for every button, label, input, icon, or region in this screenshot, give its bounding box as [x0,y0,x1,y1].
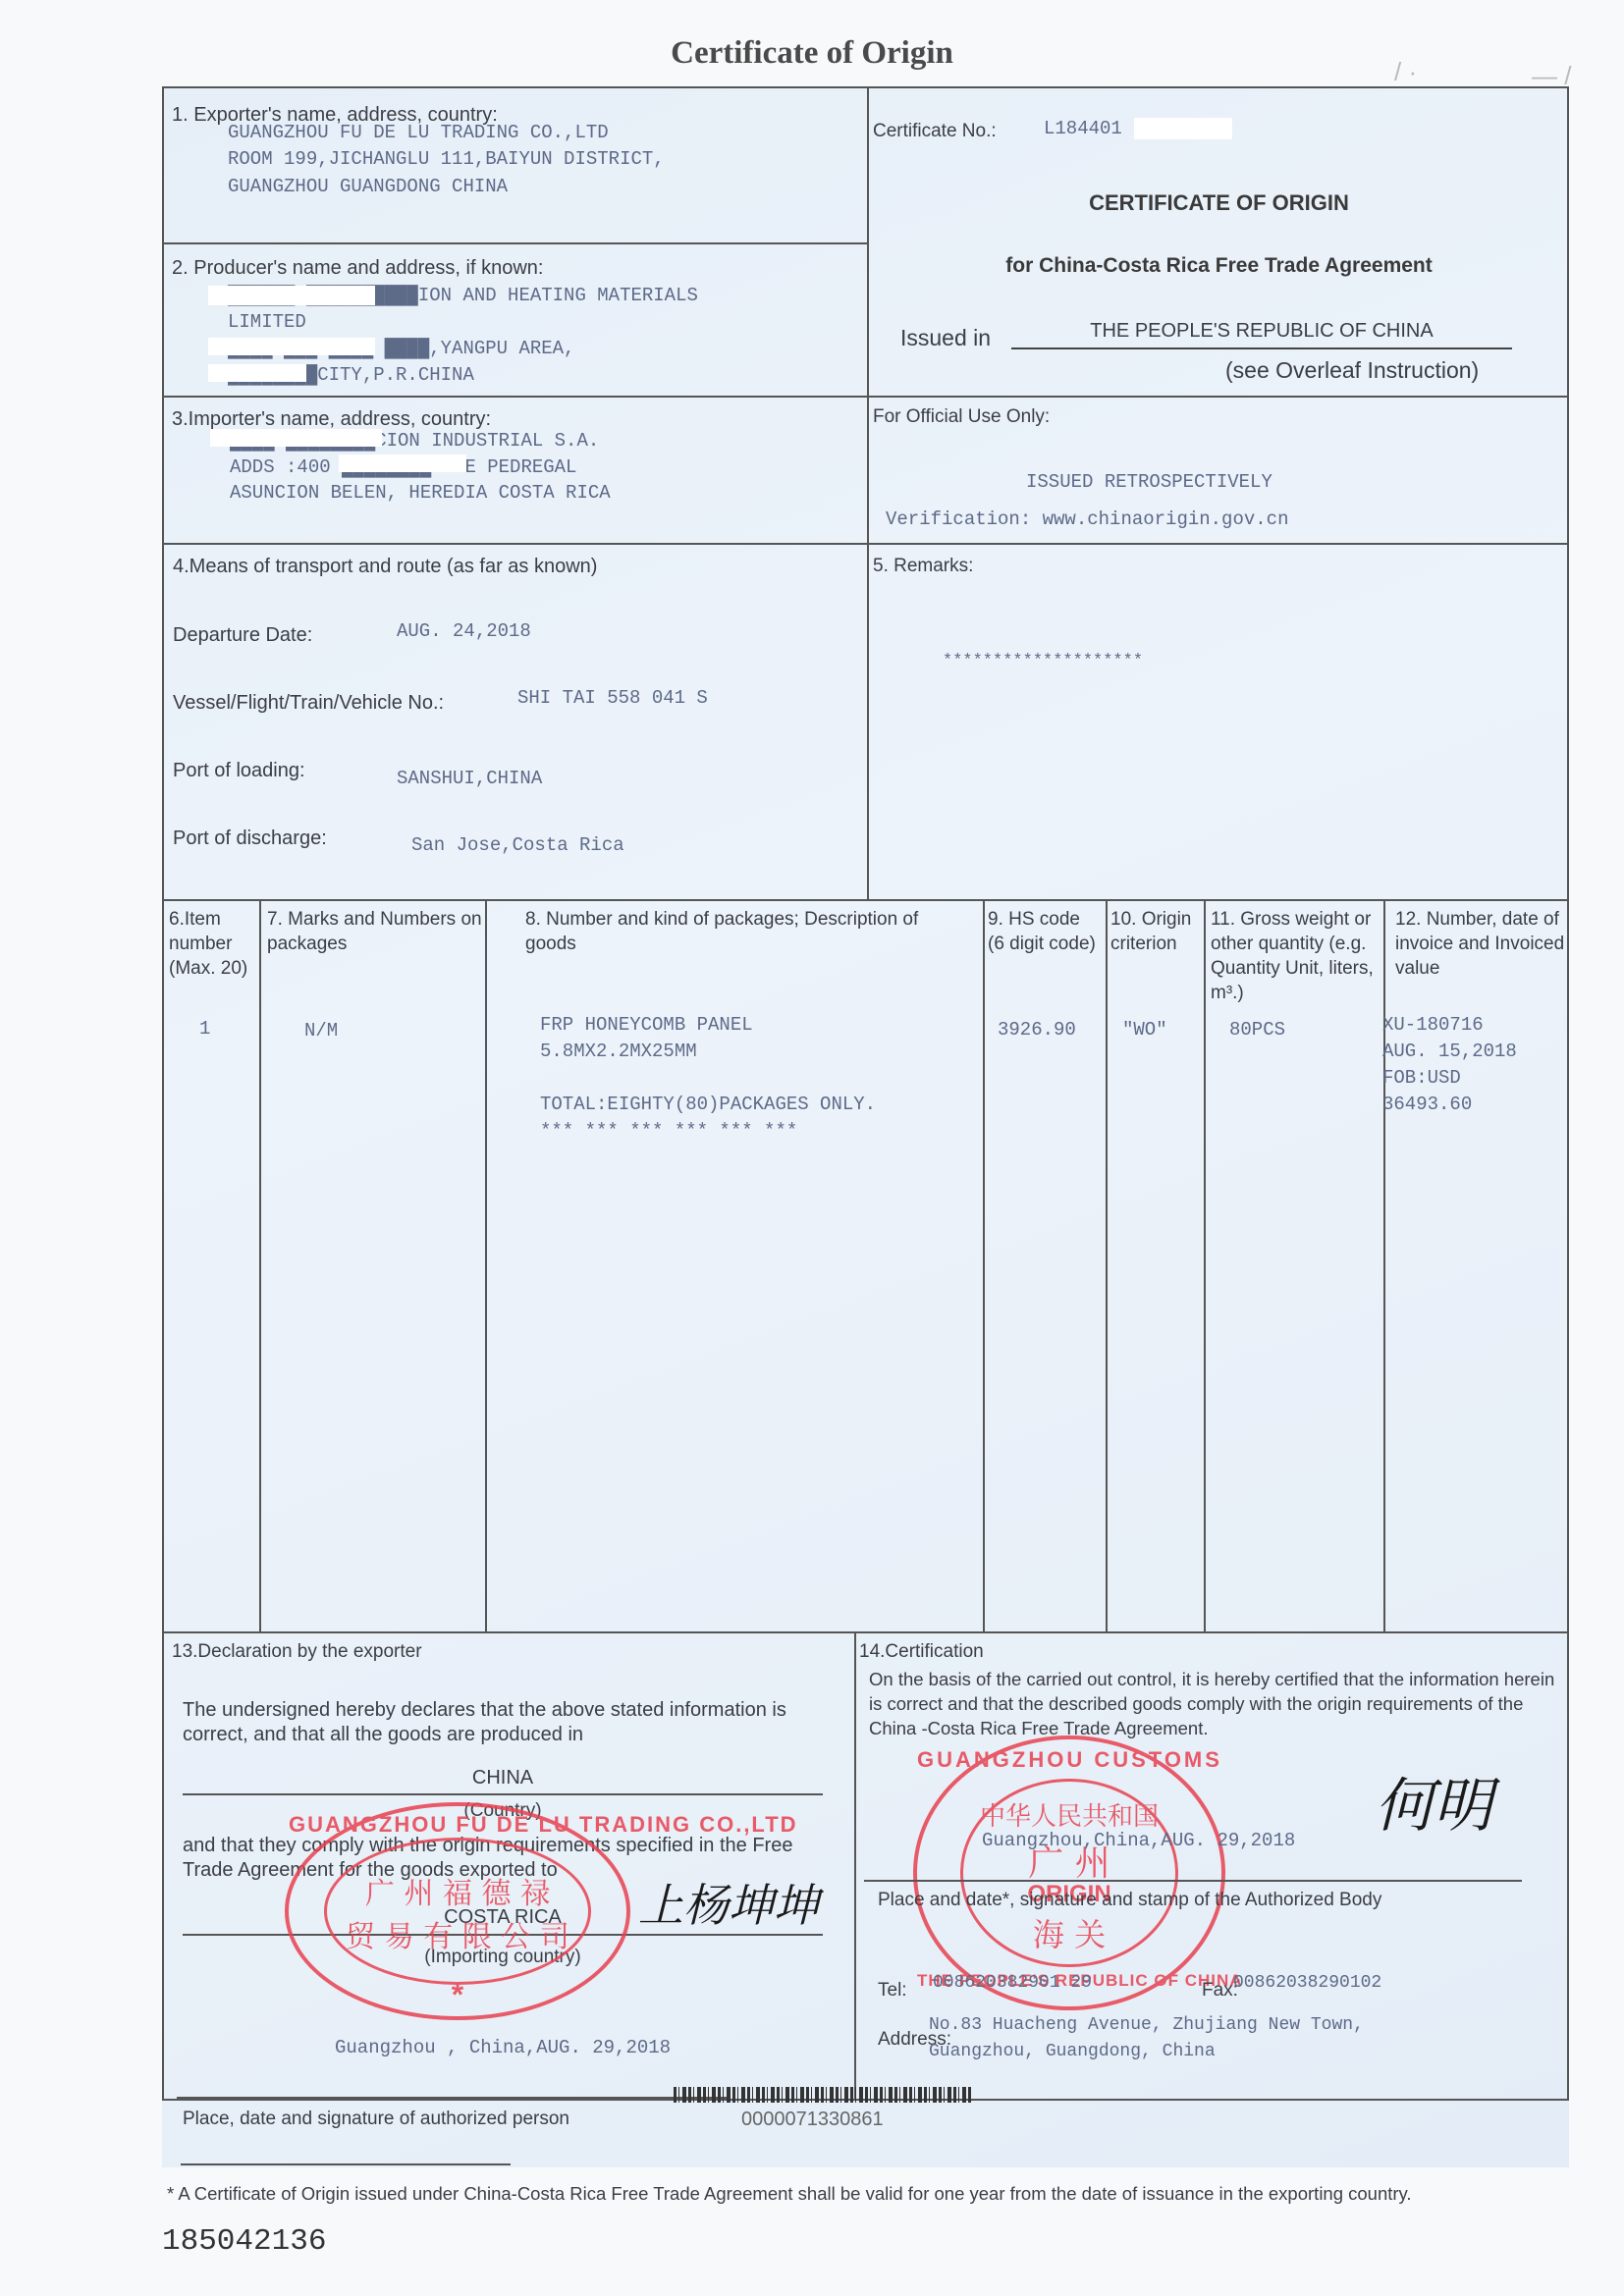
port-loading-label: Port of loading: [173,760,305,782]
official-use-label: For Official Use Only: [873,406,1050,428]
issued-in-underline [1011,347,1512,349]
stamp-ring-text: GUANGZHOU FU DE LU TRADING CO.,LTD [289,1812,626,1838]
row-marks: N/M [304,1018,338,1044]
document-title: Certificate of Origin [0,35,1624,72]
row-quantity: 80PCS [1229,1017,1285,1043]
exporter-place-date: Guangzhou , China,AUG. 29,2018 [335,2035,671,2061]
issued-in-label: Issued in [900,325,991,351]
redaction [210,429,382,447]
exporter-line-1: GUANGZHOU FU DE LU TRADING CO.,LTD [228,120,609,146]
country-underline [183,1793,823,1795]
producer-label: 2. Producer's name and address, if known… [172,257,543,280]
col-header-invoice: 12. Number, date of invoice and Invoiced… [1395,907,1567,981]
divider [983,899,985,1631]
issued-retrospectively: ISSUED RETROSPECTIVELY [1026,469,1272,496]
certification-place-date: Guangzhou,China,AUG. 29,2018 [982,1828,1295,1854]
declaration-text-1: The undersigned hereby declares that the… [183,1698,831,1747]
producing-country: CHINA [183,1767,823,1789]
serial-number: 185042136 [162,2224,326,2259]
certificate-number-label: Certificate No.: [873,121,997,142]
col-header-quantity: 11. Gross weight or other quantity (e.g.… [1211,907,1380,1005]
footnote-rule [181,2163,511,2165]
row-hs-code: 3926.90 [998,1017,1076,1043]
col-header-description: 8. Number and kind of packages; Descript… [525,907,967,956]
redaction [1134,118,1232,139]
divider [854,1631,856,2101]
issued-in-value: THE PEOPLE'S REPUBLIC OF CHINA [1011,320,1512,343]
divider [162,899,1569,901]
row-item-number: 1 [199,1016,210,1042]
col-header-marks: 7. Marks and Numbers on packages [267,907,483,956]
departure-date-label: Departure Date: [173,624,312,647]
divider [1106,899,1108,1631]
redaction [339,454,466,472]
certifier-signature: 何明 [1375,1759,1492,1843]
redaction [208,338,375,355]
row-origin-criterion: "WO" [1122,1017,1167,1043]
divider [162,543,1569,545]
footnote: * A Certificate of Origin issued under C… [167,2183,1412,2205]
col-header-hs-code: 9. HS code (6 digit code) [988,907,1101,956]
exporter-sign-caption: Place, date and signature of authorized … [183,2109,569,2130]
port-discharge-label: Port of discharge: [173,828,327,850]
divider [162,242,867,244]
remarks-value: ******************** [943,648,1143,674]
customs-stamp: GUANGZHOU CUSTOMS 中华人民共和国 广 州 ORIGIN 海 关… [913,1735,1225,2010]
fta-subheading: for China-Costa Rica Free Trade Agreemen… [868,254,1570,278]
certificate-number-value: L184401 [1044,116,1122,142]
pencil-mark: / · [1394,57,1417,87]
verification-url: Verification: www.chinaorigin.gov.cn [886,507,1288,533]
barcode [674,2087,973,2103]
certification-sign-caption: Place and date*, signature and stamp of … [878,1890,1381,1911]
exporter-sign-line [177,2097,727,2099]
stamp-star-icon: * [289,1977,626,2013]
transport-label: 4.Means of transport and route (as far a… [173,556,597,578]
overleaf-instruction: (see Overleaf Instruction) [1225,357,1479,384]
col-header-item: 6.Item number (Max. 20) [169,907,259,981]
exporter-line-2: ROOM 199,JICHANGLU 111,BAIYUN DISTRICT, [228,146,665,173]
exporter-company-stamp: GUANGZHOU FU DE LU TRADING CO.,LTD 广 州 福… [285,1802,630,2020]
stamp-chinese-bottom: 海 关 [917,1910,1221,1955]
certification-sign-line [864,1880,1522,1882]
divider [162,1631,1569,1633]
row-description: FRP HONEYCOMB PANEL 5.8MX2.2MX25MM TOTAL… [540,1012,876,1145]
producer-line-2: LIMITED [228,309,306,336]
barcode-number: 0000071330861 [741,2109,884,2131]
tel-value: 008620382901 29 [933,1970,1092,1997]
col-header-origin: 10. Origin criterion [1110,907,1204,956]
stamp-chinese-line-1: 广 州 福 德 禄 [289,1869,626,1912]
certification-label: 14.Certification [859,1641,984,1663]
remarks-label: 5. Remarks: [873,556,973,577]
divider [1204,899,1206,1631]
vessel-label: Vessel/Flight/Train/Vehicle No.: [173,692,444,715]
vessel-value: SHI TAI 558 041 S [517,685,708,712]
address-value: No.83 Huacheng Avenue, Zhujiang New Town… [929,2012,1364,2065]
exporter-line-3: GUANGZHOU GUANGDONG CHINA [228,174,508,200]
stamp-chinese-line-2: 贸 易 有 限 公 司 [289,1912,626,1955]
certification-text: On the basis of the carried out control,… [869,1667,1566,1740]
tel-label: Tel: [878,1980,907,2002]
certificate-heading: CERTIFICATE OF ORIGIN [868,190,1570,216]
stamp-top-text: GUANGZHOU CUSTOMS [917,1747,1221,1773]
port-discharge-value: San Jose,Costa Rica [411,832,624,859]
fax-value: 00862038290102 [1233,1970,1381,1997]
declaration-label: 13.Declaration by the exporter [172,1641,422,1663]
redaction [208,364,306,382]
exporter-signature: 上杨坤坤 [638,1870,819,1935]
port-loading-value: SANSHUI,CHINA [397,766,542,792]
importer-line-3: ASUNCION BELEN, HEREDIA COSTA RICA [230,480,611,507]
divider [162,396,1569,398]
divider [485,899,487,1631]
divider [259,899,261,1631]
divider [1383,899,1385,1631]
redaction [208,286,375,305]
row-invoice: XU-180716 AUG. 15,2018 FOB:USD 36493.60 [1382,1012,1517,1118]
departure-date-value: AUG. 24,2018 [397,618,531,645]
